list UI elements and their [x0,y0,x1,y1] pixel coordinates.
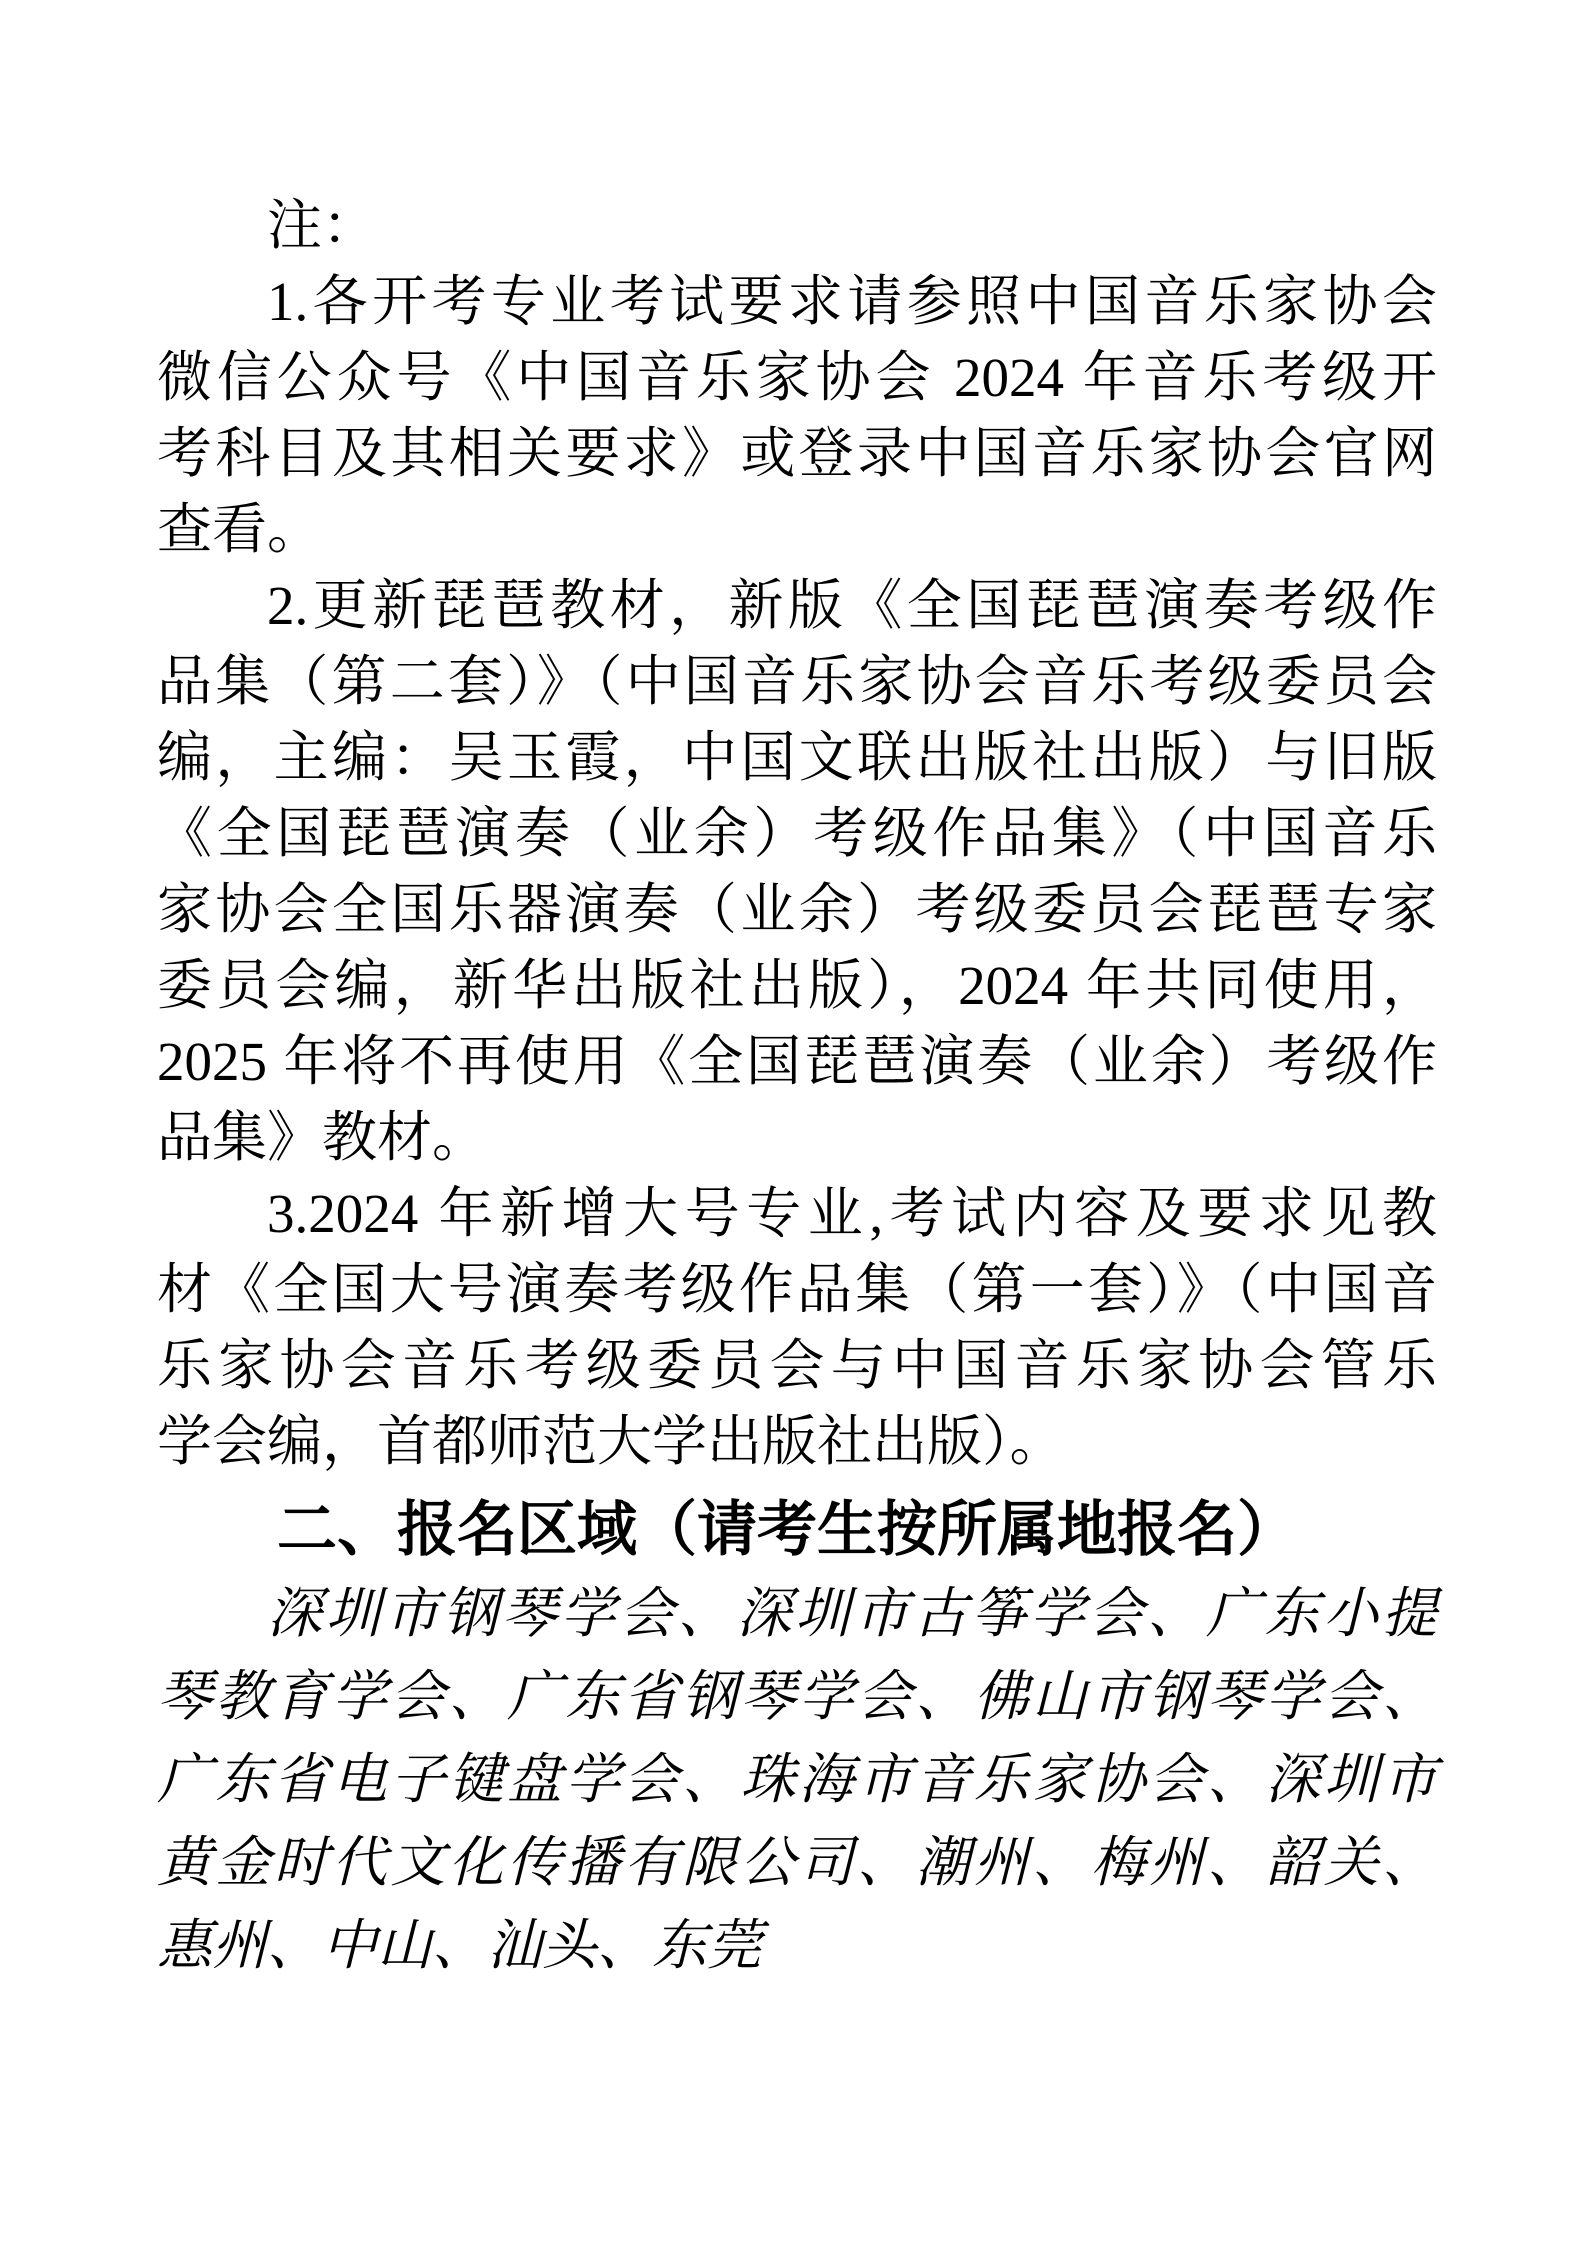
body-text-line: 微信公众号《中国音乐家协会 2024 年音乐考级开 [157,340,1437,416]
body-text-line: 3.2024 年新增大号专业,考试内容及要求见教 [157,1176,1437,1252]
regions-text-line: 惠州、中山、汕头、东莞 [157,1904,1437,1987]
section-heading: 二、报名区域（请考生按所属地报名） [157,1488,1437,1572]
body-text-line: 品集（第二套）》（中国音乐家协会音乐考级委员会 [157,644,1437,720]
regions-text-line: 深圳市钢琴学会、深圳市古筝学会、广东小提 [157,1572,1437,1655]
regions-text-line: 琴教育学会、广东省钢琴学会、佛山市钢琴学会、 [157,1655,1437,1738]
body-text-line: 品集》教材。 [157,1100,1437,1176]
body-text-line: 注： [157,188,1437,264]
regions-text-line: 广东省电子键盘学会、珠海市音乐家协会、深圳市 [157,1738,1437,1821]
body-text-line: 2.更新琵琶教材，新版《全国琵琶演奏考级作 [157,568,1437,644]
body-text-line: 2025 年将不再使用《全国琵琶演奏（业余）考级作 [157,1024,1437,1100]
regions-text-line: 黄金时代文化传播有限公司、潮州、梅州、韶关、 [157,1821,1437,1904]
body-text-line: 1.各开考专业考试要求请参照中国音乐家协会 [157,264,1437,340]
body-text-line: 委员会编，新华出版社出版），2024 年共同使用， [157,948,1437,1024]
body-text-line: 乐家协会音乐考级委员会与中国音乐家协会管乐 [157,1328,1437,1404]
body-text-line: 材《全国大号演奏考级作品集（第一套）》（中国音 [157,1252,1437,1328]
body-text-line: 学会编，首都师范大学出版社出版）。 [157,1404,1437,1480]
document-page: 注：1.各开考专业考试要求请参照中国音乐家协会微信公众号《中国音乐家协会 202… [0,0,1587,2245]
body-text-line: 查看。 [157,492,1437,568]
text-block: 注：1.各开考专业考试要求请参照中国音乐家协会微信公众号《中国音乐家协会 202… [157,188,1437,1987]
body-text-line: 家协会全国乐器演奏（业余）考级委员会琵琶专家 [157,872,1437,948]
body-text-line: 编，主编：吴玉霞，中国文联出版社出版）与旧版 [157,720,1437,796]
body-text-line: 《全国琵琶演奏（业余）考级作品集》（中国音乐 [157,796,1437,872]
body-text-line: 考科目及其相关要求》或登录中国音乐家协会官网 [157,416,1437,492]
